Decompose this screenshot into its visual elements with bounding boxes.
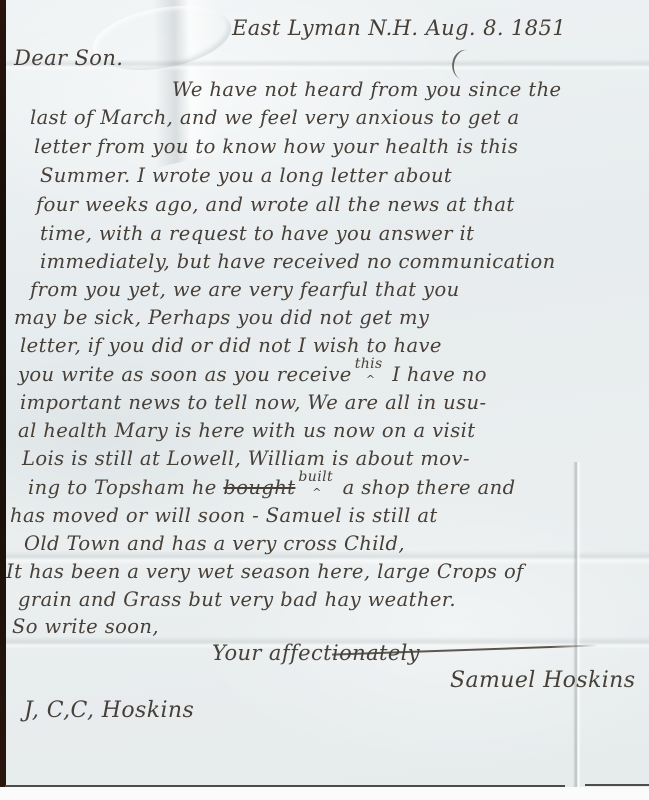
letter-text: you write as soon as you receive: [18, 363, 352, 386]
letter-text: Old Town and has a very cross Child,: [24, 532, 405, 555]
letter-line: Lois is still at Lowell, William is abou…: [22, 447, 470, 470]
letter-text: Summer. I wrote you a long letter about: [40, 164, 452, 187]
letter-text: letter from you to know how your health …: [34, 135, 518, 158]
letter-line: letter, if you did or did not I wish to …: [20, 334, 442, 357]
letter-text: ing to Topsham he: [28, 476, 223, 499]
letter-text: al health Mary is here with us now on a …: [18, 419, 475, 442]
letter-text: time, with a request to have you answer …: [40, 222, 474, 245]
letter-paper: East Lyman N.H. Aug. 8. 1851 Dear Son. W…: [0, 0, 649, 787]
addressee: J, C,C, Hoskins: [24, 698, 194, 723]
letter-line: al health Mary is here with us now on a …: [18, 419, 475, 442]
paper-bottom-edge-right: [585, 784, 649, 786]
letter-line: Old Town and has a very cross Child,: [24, 532, 405, 555]
letter-word-struck: bought: [223, 476, 295, 499]
paper-crack-vertical: [573, 462, 581, 787]
letter-line: grain and Grass but very bad hay weather…: [18, 588, 456, 611]
letter-line: from you yet, we are very fearful that y…: [30, 278, 460, 301]
letter-line: letter from you to know how your health …: [34, 135, 518, 158]
letter-line: ing to Topsham he boughtbuilt a shop the…: [28, 476, 515, 499]
letter-line: important news to tell now, We are all i…: [20, 391, 487, 414]
letter-line: time, with a request to have you answer …: [40, 222, 474, 245]
letter-line: you write as soon as you receivethis I h…: [18, 363, 487, 386]
letter-line: four weeks ago, and wrote all the news a…: [36, 193, 515, 216]
letter-text: a shop there and: [336, 476, 515, 499]
letter-text: four weeks ago, and wrote all the news a…: [36, 193, 515, 216]
letter-line: We have not heard from you since the: [172, 78, 561, 101]
letter-text: important news to tell now, We are all i…: [20, 391, 487, 414]
letter-text: last of March, and we feel very anxious …: [30, 106, 520, 129]
letter-text: immediately, but have received no commun…: [40, 250, 556, 273]
letter-text: letter, if you did or did not I wish to …: [20, 334, 442, 357]
letter-text: may be sick, Perhaps you did not get my: [14, 306, 429, 329]
letter-text: I have no: [386, 363, 487, 386]
letter-line: It has been a very wet season here, larg…: [6, 560, 524, 583]
letter-line: may be sick, Perhaps you did not get my: [14, 306, 429, 329]
valediction: Your affectionately: [212, 641, 420, 665]
letter-word-inserted-above: this: [355, 356, 383, 372]
letter-text: grain and Grass but very bad hay weather…: [18, 588, 456, 611]
letter-text: Lois is still at Lowell, William is abou…: [22, 447, 470, 470]
salutation: Dear Son.: [14, 46, 123, 70]
letter-text: It has been a very wet season here, larg…: [6, 560, 524, 583]
scan-left-dark-edge: [0, 0, 6, 787]
letter-scan: East Lyman N.H. Aug. 8. 1851 Dear Son. W…: [0, 0, 649, 800]
letter-line: So write soon,: [12, 615, 159, 638]
dateline: East Lyman N.H. Aug. 8. 1851: [232, 16, 566, 40]
signature: Samuel Hoskins: [450, 668, 635, 693]
letter-text: from you yet, we are very fearful that y…: [30, 278, 460, 301]
letter-word-inserted-above: built: [298, 469, 333, 485]
letter-text: has moved or will soon - Samuel is still…: [10, 504, 438, 527]
letter-text: We have not heard from you since the: [172, 78, 561, 101]
letter-line: has moved or will soon - Samuel is still…: [10, 504, 438, 527]
letter-line: last of March, and we feel very anxious …: [30, 106, 520, 129]
letter-line: Summer. I wrote you a long letter about: [40, 164, 452, 187]
letter-line: immediately, but have received no commun…: [40, 250, 556, 273]
scan-background-strip: [0, 787, 649, 800]
letter-text: So write soon,: [12, 615, 159, 638]
